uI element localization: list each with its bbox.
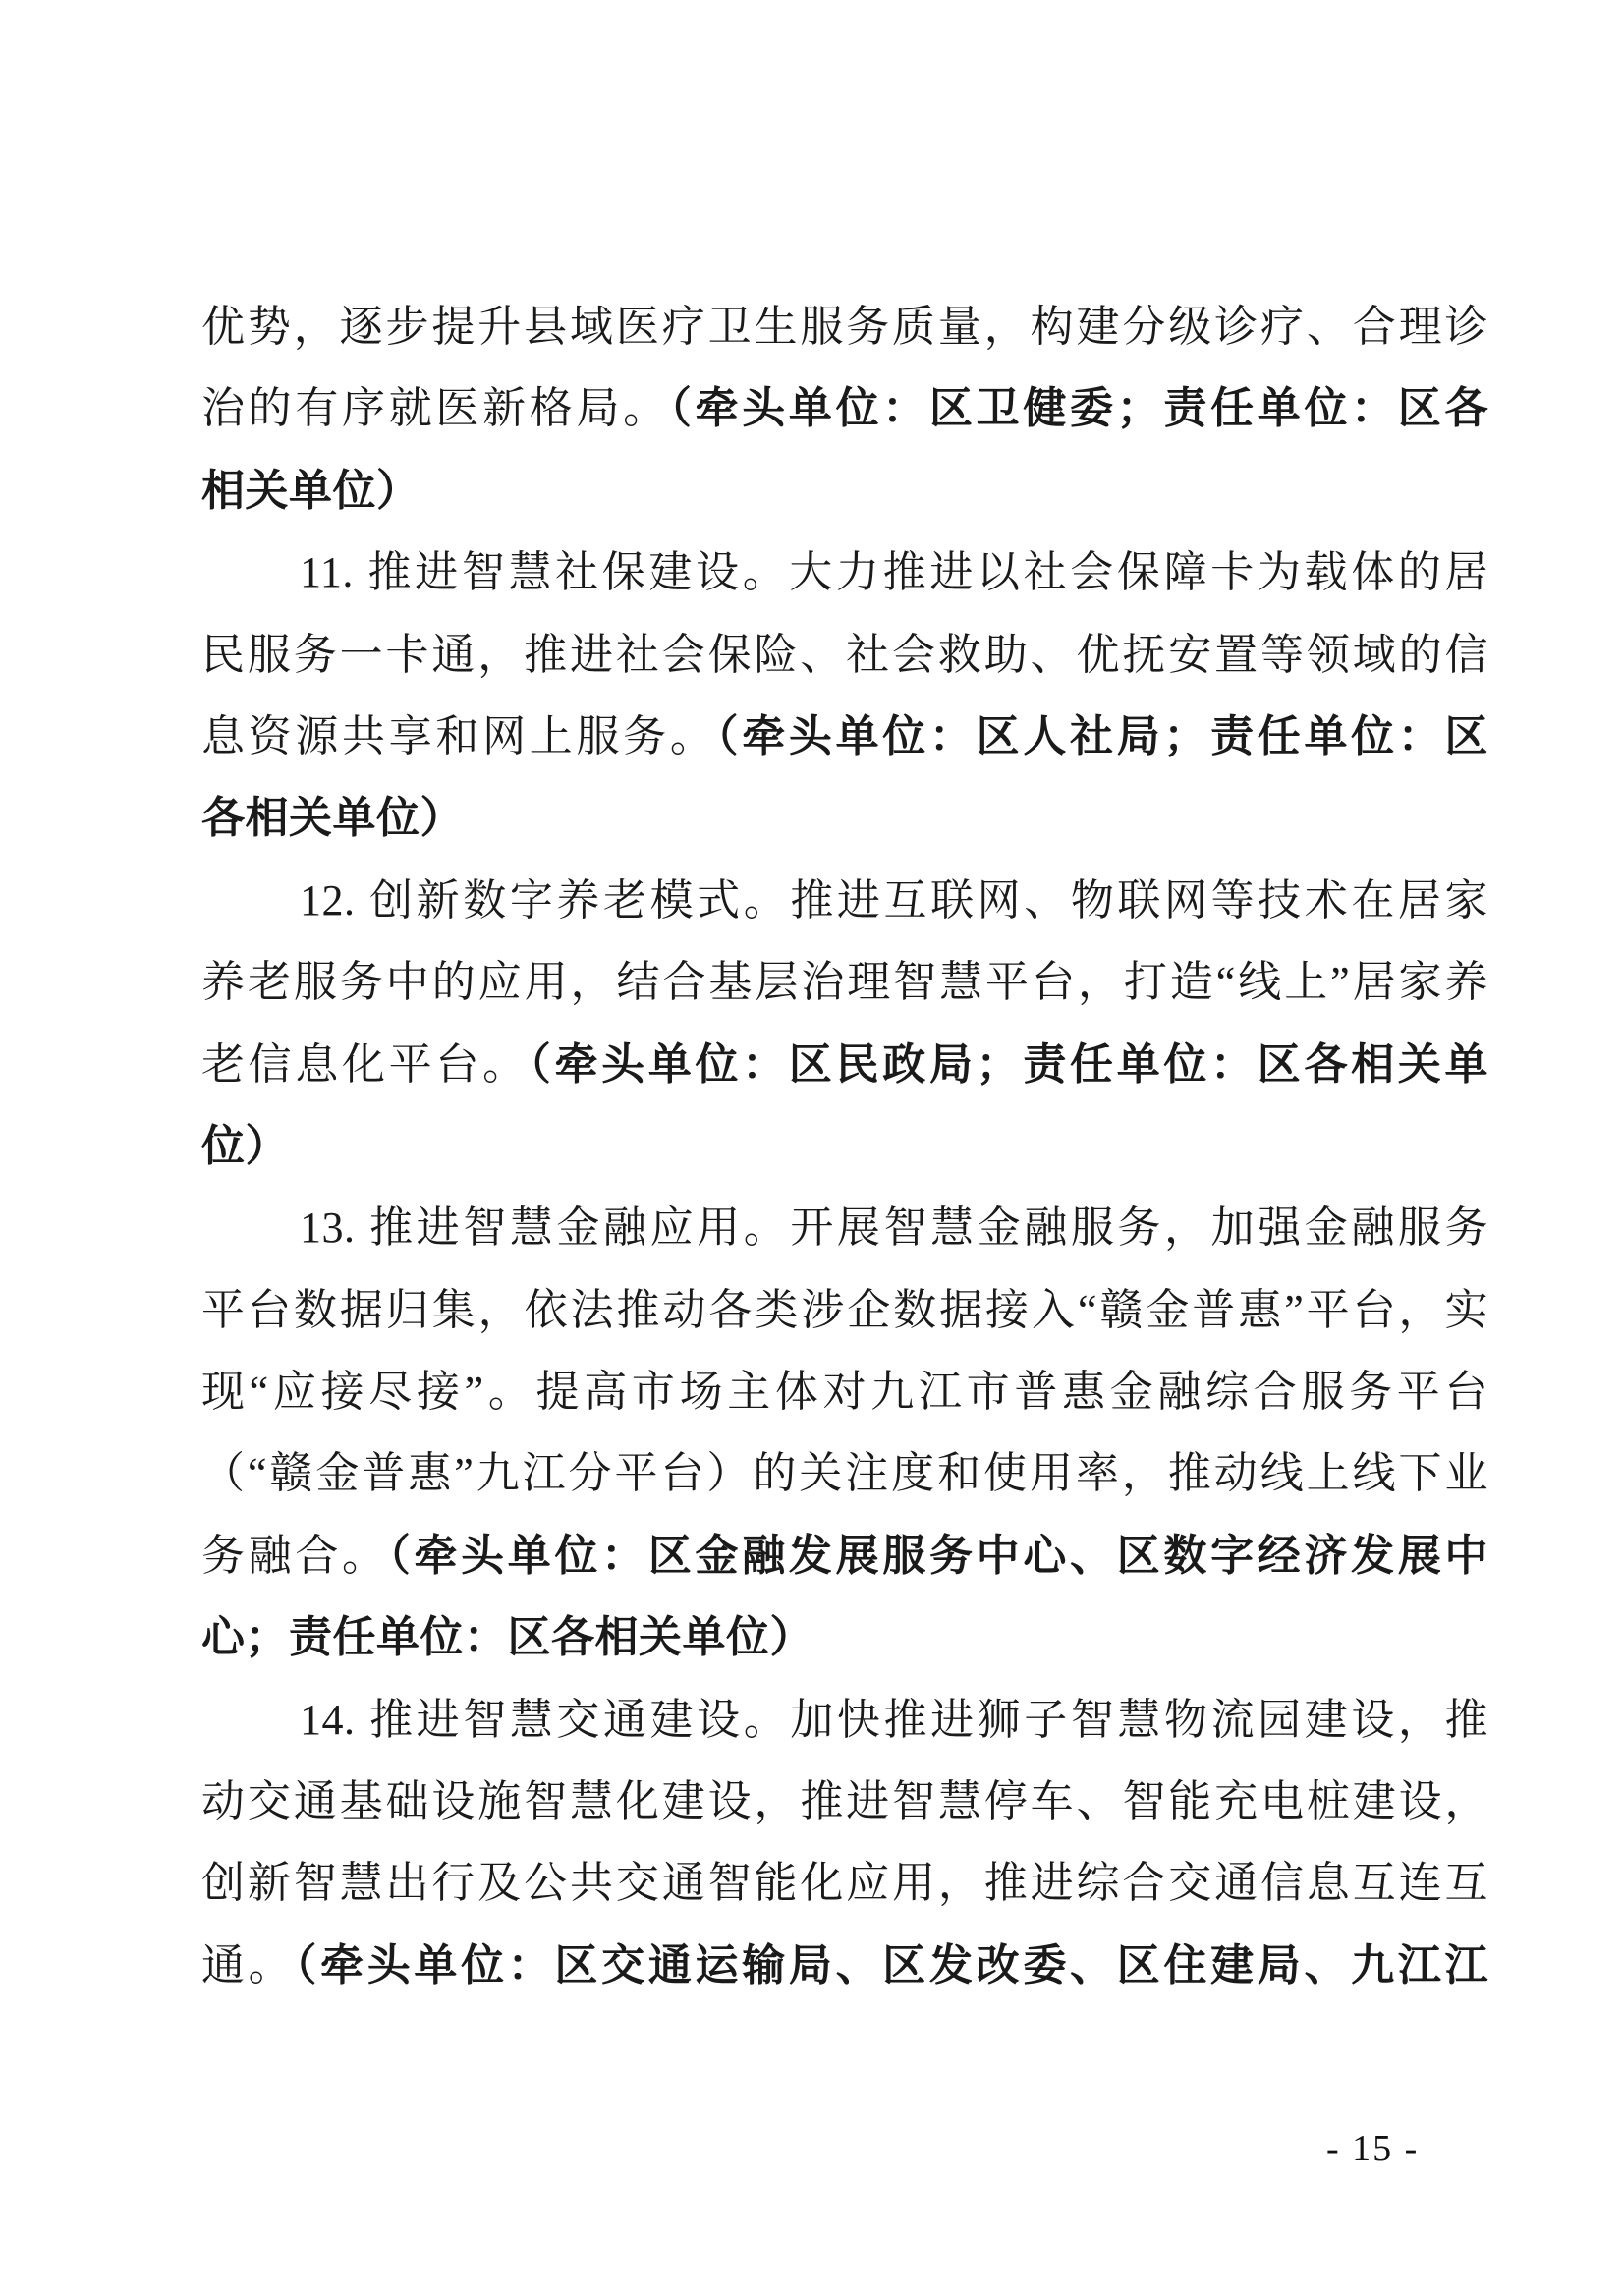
unit-run: （牵头单位：区人社局；责任单位：区 bbox=[717, 712, 1488, 760]
document-page: 优势，逐步提升县域医疗卫生服务质量，构建分级诊疗、合理诊 治的有序就医新格局。（… bbox=[0, 0, 1623, 2296]
text-run: 创新智慧出行及公共交通智能化应用，推进综合交通信息互连互 bbox=[201, 1859, 1488, 1907]
text-line: 心；责任单位：区各相关单位） bbox=[201, 1596, 1488, 1678]
text-run: （“赣金普惠”九江分平台）的关注度和使用率，推动线上线下业 bbox=[201, 1449, 1488, 1497]
text-run: 优势，逐步提升县域医疗卫生服务质量，构建分级诊疗、合理诊 bbox=[201, 303, 1488, 351]
text-line: 14. 推进智慧交通建设。加快推进狮子智慧物流园建设，推 bbox=[201, 1679, 1488, 1761]
text-run: 治的有序就医新格局。 bbox=[201, 384, 670, 432]
text-line: 11. 推进智慧社保建设。大力推进以社会保障卡为载体的居 bbox=[201, 532, 1488, 613]
text-run: 现“应接尽接”。提高市场主体对九江市普惠金融综合服务平台 bbox=[201, 1368, 1488, 1416]
text-run: 通。 bbox=[201, 1941, 295, 1989]
text-line: 各相关单位） bbox=[201, 777, 1488, 859]
text-line: 养老服务中的应用，结合基层治理智慧平台，打造“线上”居家养 bbox=[201, 941, 1488, 1023]
text-line: 13. 推进智慧金融应用。开展智慧金融服务，加强金融服务 bbox=[201, 1187, 1488, 1268]
text-run: 13. 推进智慧金融应用。开展智慧金融服务，加强金融服务 bbox=[300, 1204, 1488, 1252]
text-line: 通。（牵头单位：区交通运输局、区发改委、区住建局、九江江 bbox=[201, 1925, 1488, 2006]
unit-run: 心；责任单位：区各相关单位） bbox=[201, 1613, 813, 1661]
text-run: 平台数据归集，依法推动各类涉企数据接入“赣金普惠”平台，实 bbox=[201, 1286, 1488, 1334]
text-line: 动交通基础设施智慧化建设，推进智慧停车、智能充电桩建设， bbox=[201, 1761, 1488, 1842]
unit-run: （牵头单位：区金融发展服务中心、区数字经济发展中 bbox=[389, 1532, 1488, 1580]
text-line: 息资源共享和网上服务。（牵头单位：区人社局；责任单位：区 bbox=[201, 696, 1488, 777]
text-run: 老信息化平台。 bbox=[201, 1040, 530, 1089]
unit-run: 位） bbox=[201, 1122, 289, 1170]
text-run: 养老服务中的应用，结合基层治理智慧平台，打造“线上”居家养 bbox=[201, 958, 1488, 1006]
text-line: 平台数据归集，依法推动各类涉企数据接入“赣金普惠”平台，实 bbox=[201, 1269, 1488, 1351]
unit-run: 各相关单位） bbox=[201, 794, 464, 842]
text-line: 民服务一卡通，推进社会保险、社会救助、优抚安置等领域的信 bbox=[201, 614, 1488, 696]
unit-run: （牵头单位：区交通运输局、区发改委、区住建局、九江江 bbox=[295, 1941, 1488, 1989]
text-block: 优势，逐步提升县域医疗卫生服务质量，构建分级诊疗、合理诊 治的有序就医新格局。（… bbox=[201, 286, 1488, 2006]
text-run: 务融合。 bbox=[201, 1532, 389, 1580]
text-line: 位） bbox=[201, 1105, 1488, 1187]
text-line: （“赣金普惠”九江分平台）的关注度和使用率，推动线上线下业 bbox=[201, 1432, 1488, 1514]
text-line: 治的有序就医新格局。（牵头单位：区卫健委；责任单位：区各 bbox=[201, 367, 1488, 449]
text-run: 动交通基础设施智慧化建设，推进智慧停车、智能充电桩建设， bbox=[201, 1777, 1488, 1825]
page-number: - 15 - bbox=[1326, 2124, 1419, 2173]
text-line: 相关单位） bbox=[201, 450, 1488, 532]
text-run: 14. 推进智慧交通建设。加快推进狮子智慧物流园建设，推 bbox=[300, 1696, 1488, 1744]
text-line: 老信息化平台。（牵头单位：区民政局；责任单位：区各相关单 bbox=[201, 1024, 1488, 1105]
text-line: 12. 创新数字养老模式。推进互联网、物联网等技术在居家 bbox=[201, 860, 1488, 941]
unit-run: 相关单位） bbox=[201, 467, 420, 515]
text-run: 12. 创新数字养老模式。推进互联网、物联网等技术在居家 bbox=[300, 876, 1488, 924]
text-line: 务融合。（牵头单位：区金融发展服务中心、区数字经济发展中 bbox=[201, 1515, 1488, 1596]
text-line: 优势，逐步提升县域医疗卫生服务质量，构建分级诊疗、合理诊 bbox=[201, 286, 1488, 367]
text-run: 民服务一卡通，推进社会保险、社会救助、优抚安置等领域的信 bbox=[201, 631, 1488, 679]
unit-run: （牵头单位：区民政局；责任单位：区各相关单 bbox=[530, 1040, 1488, 1089]
text-line: 现“应接尽接”。提高市场主体对九江市普惠金融综合服务平台 bbox=[201, 1351, 1488, 1432]
text-run: 11. 推进智慧社保建设。大力推进以社会保障卡为载体的居 bbox=[300, 548, 1488, 596]
text-run: 息资源共享和网上服务。 bbox=[201, 712, 717, 760]
unit-run: （牵头单位：区卫健委；责任单位：区各 bbox=[670, 384, 1488, 432]
text-line: 创新智慧出行及公共交通智能化应用，推进综合交通信息互连互 bbox=[201, 1842, 1488, 1924]
